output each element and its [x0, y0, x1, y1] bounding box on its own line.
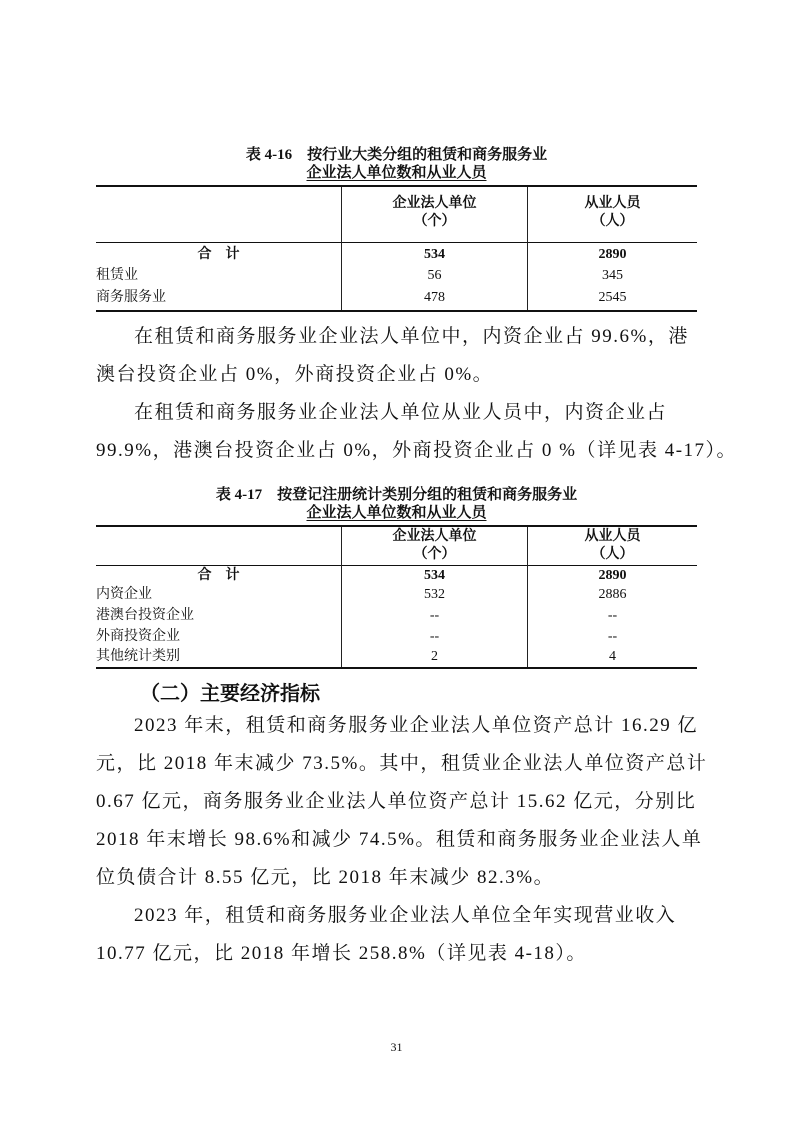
- cell-units: 534: [342, 567, 527, 585]
- page-number: 31: [0, 1040, 793, 1055]
- table-bottom-rule: [96, 667, 697, 669]
- table-top-rule: [96, 525, 697, 527]
- paragraph-line: 2023 年末，租赁和商务服务业企业法人单位资产总计 16.29 亿: [96, 707, 697, 745]
- paragraph-line: 在租赁和商务服务业企业法人单位从业人员中，内资企业占: [96, 394, 697, 432]
- column-header-units: 企业法人单位 （个）: [342, 195, 527, 231]
- row-label: 其他统计类别: [96, 648, 341, 666]
- cell-units: 478: [342, 289, 527, 307]
- cell-units: 534: [342, 246, 527, 264]
- paragraph-line: 位负债合计 8.55 亿元，比 2018 年末减少 82.3%。: [96, 859, 697, 897]
- row-label-total: 合 计: [96, 567, 341, 585]
- column-header-employees: 从业人员 （人）: [528, 528, 697, 564]
- row-label-total: 合 计: [96, 246, 341, 264]
- cell-units: --: [342, 628, 527, 646]
- paragraph-line: 0.67 亿元，商务服务业企业法人单位资产总计 15.62 亿元，分别比: [96, 783, 697, 821]
- cell-employees: 4: [528, 648, 697, 666]
- cell-employees: 2886: [528, 586, 697, 604]
- table-bottom-rule: [96, 310, 697, 312]
- cell-employees: 2890: [528, 567, 697, 585]
- column-header-label: 从业人员: [528, 195, 697, 213]
- table-4-16-title-line1: 表 4-16 按行业大类分组的租赁和商务服务业: [96, 146, 697, 164]
- row-label: 租赁业: [96, 267, 341, 285]
- table-4-17-title-line2: 企业法人单位数和从业人员: [96, 504, 697, 522]
- row-label: 商务服务业: [96, 289, 341, 307]
- section-heading: （二）主要经济指标: [140, 679, 320, 709]
- paragraph-line: 在租赁和商务服务业企业法人单位中，内资企业占 99.6%，港: [96, 318, 697, 356]
- paragraph-line: 10.77 亿元，比 2018 年增长 258.8%（详见表 4-18）。: [96, 935, 697, 973]
- cell-employees: --: [528, 628, 697, 646]
- column-header-label: 企业法人单位: [342, 528, 527, 546]
- paragraph-line: 澳台投资企业占 0%，外商投资企业占 0%。: [96, 356, 697, 394]
- table-4-17-title-line1: 表 4-17 按登记注册统计类别分组的租赁和商务服务业: [96, 486, 697, 504]
- column-header-units: 企业法人单位 （个）: [342, 528, 527, 564]
- row-label: 外商投资企业: [96, 628, 341, 646]
- cell-employees: --: [528, 607, 697, 625]
- column-header-unit: （人）: [528, 546, 697, 564]
- paragraph-line: 2018 年末增长 98.6%和减少 74.5%。租赁和商务服务业企业法人单: [96, 821, 697, 859]
- table-4-16: 企业法人单位 （个） 从业人员 （人） 合 计 534 2890 租赁业 56 …: [96, 185, 697, 312]
- cell-employees: 345: [528, 267, 697, 285]
- cell-units: 2: [342, 648, 527, 666]
- row-label: 港澳台投资企业: [96, 607, 341, 625]
- cell-units: 56: [342, 267, 527, 285]
- row-label: 内资企业: [96, 586, 341, 604]
- cell-employees: 2890: [528, 246, 697, 264]
- cell-employees: 2545: [528, 289, 697, 307]
- column-header-employees: 从业人员 （人）: [528, 195, 697, 231]
- table-top-rule: [96, 185, 697, 187]
- table-4-16-title-line2: 企业法人单位数和从业人员: [96, 164, 697, 182]
- table-header-rule: [96, 242, 697, 243]
- column-header-unit: （人）: [528, 213, 697, 231]
- paragraph-line: 2023 年，租赁和商务服务业企业法人单位全年实现营业收入: [96, 897, 697, 935]
- column-header-label: 从业人员: [528, 528, 697, 546]
- table-4-16-title: 表 4-16 按行业大类分组的租赁和商务服务业 企业法人单位数和从业人员: [96, 146, 697, 182]
- paragraph-line: 99.9%，港澳台投资企业占 0%，外商投资企业占 0 %（详见表 4-17）。: [96, 432, 697, 470]
- table-4-17-title: 表 4-17 按登记注册统计类别分组的租赁和商务服务业 企业法人单位数和从业人员: [96, 486, 697, 522]
- cell-units: --: [342, 607, 527, 625]
- column-header-unit: （个）: [342, 213, 527, 231]
- table-4-17: 企业法人单位 （个） 从业人员 （人） 合 计 534 2890 内资企业 53…: [96, 525, 697, 669]
- cell-units: 532: [342, 586, 527, 604]
- column-header-label: 企业法人单位: [342, 195, 527, 213]
- table-header-rule: [96, 565, 697, 566]
- column-header-unit: （个）: [342, 546, 527, 564]
- paragraph-line: 元，比 2018 年末减少 73.5%。其中，租赁业企业法人单位资产总计: [96, 745, 697, 783]
